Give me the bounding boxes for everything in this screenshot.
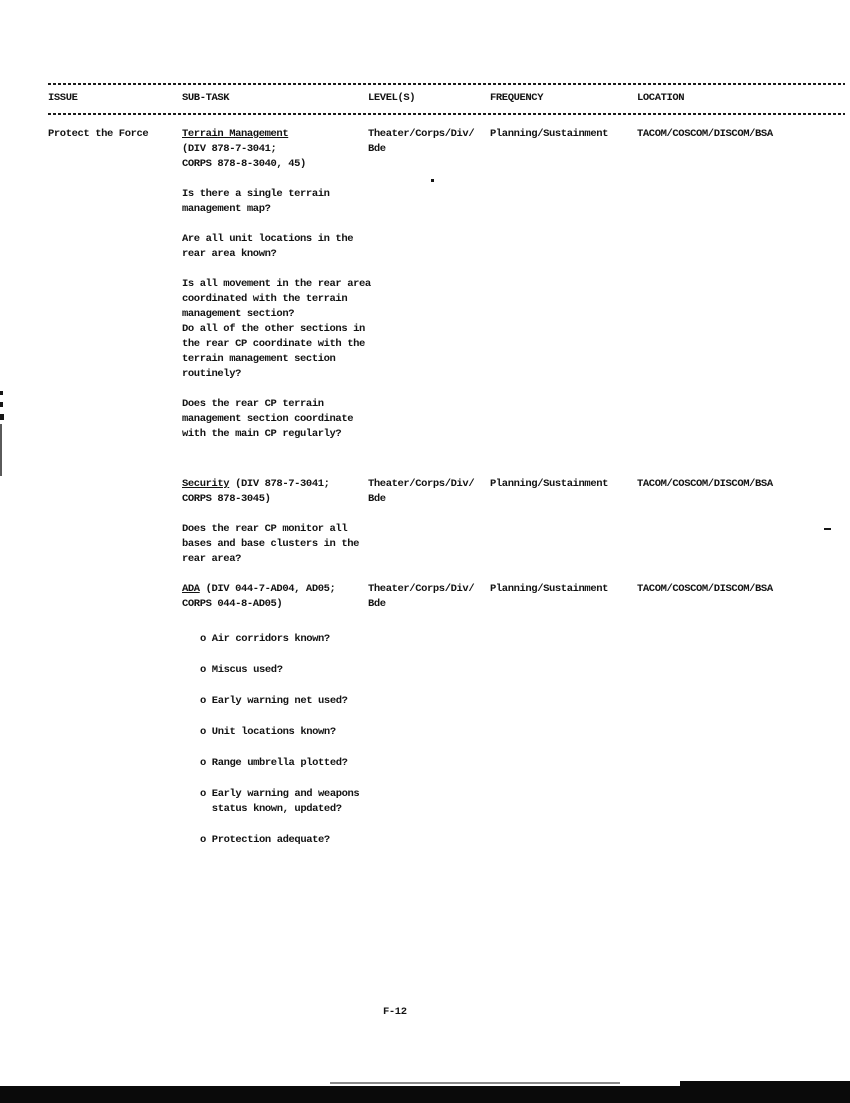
location-cell: TACOM/COSCOM/DISCOM/BSA xyxy=(637,477,845,492)
checklist-item: o Early warning and weapons status known… xyxy=(200,787,368,817)
scan-speck-dot xyxy=(431,179,434,182)
subtask-cell: Terrain Management (DIV 878-7-3041; CORP… xyxy=(182,127,368,457)
subtask-title: ADA xyxy=(182,583,200,595)
scan-bottom-bar-right xyxy=(680,1081,850,1103)
table-row-terrain-management: Protect the Force Terrain Management (DI… xyxy=(48,127,845,457)
scan-edge-tick xyxy=(0,391,3,395)
subtask-cell: ADA (DIV 044-7-AD04, AD05; CORPS 044-8-A… xyxy=(182,582,368,864)
scan-bar-smudge xyxy=(330,1082,620,1084)
subtask-title: Terrain Management xyxy=(182,128,288,140)
subtask-heading: ADA (DIV 044-7-AD04, AD05; xyxy=(182,582,368,597)
table-body: Protect the Force Terrain Management (DI… xyxy=(48,127,845,864)
levels-cell: Theater/Corps/Div/ Bde xyxy=(368,582,490,612)
column-header-location: LOCATION xyxy=(637,91,845,106)
subtask-title: Security xyxy=(182,478,229,490)
question-paragraph: Is there a single terrain management map… xyxy=(182,187,368,217)
page-number: F-12 xyxy=(383,1005,407,1020)
table-row-ada: ADA (DIV 044-7-AD04, AD05; CORPS 044-8-A… xyxy=(48,582,845,864)
subtask-heading-rest: (DIV 044-7-AD04, AD05; xyxy=(200,583,336,595)
checklist-item: o Miscus used? xyxy=(200,663,368,678)
question-paragraph: Does the rear CP terrain management sect… xyxy=(182,397,368,442)
scan-speck-dash xyxy=(824,528,831,530)
frequency-cell: Planning/Sustainment xyxy=(490,477,637,492)
checklist-item: o Range umbrella plotted? xyxy=(200,756,368,771)
subtask-heading-rest: (DIV 878-7-3041; xyxy=(229,478,329,490)
checklist-item: o Air corridors known? xyxy=(200,632,368,647)
levels-cell: Theater/Corps/Div/ Bde xyxy=(368,127,490,157)
location-cell: TACOM/COSCOM/DISCOM/BSA xyxy=(637,582,845,597)
levels-cell: Theater/Corps/Div/ Bde xyxy=(368,477,490,507)
scan-edge-tick xyxy=(0,402,3,407)
checklist-item: o Early warning net used? xyxy=(200,694,368,709)
location-cell: TACOM/COSCOM/DISCOM/BSA xyxy=(637,127,845,142)
subtask-heading: Terrain Management xyxy=(182,127,368,142)
subtask-heading: Security (DIV 878-7-3041; xyxy=(182,477,368,492)
question-paragraph: Does the rear CP monitor all bases and b… xyxy=(182,522,368,567)
column-header-subtask: SUB-TASK xyxy=(182,91,368,106)
subtask-reference: CORPS 878-3045) xyxy=(182,492,368,507)
subtask-reference: (DIV 878-7-3041; CORPS 878-8-3040, 45) xyxy=(182,142,368,172)
question-paragraph: Is all movement in the rear area coordin… xyxy=(182,277,368,382)
subtask-cell: Security (DIV 878-7-3041; CORPS 878-3045… xyxy=(182,477,368,582)
question-paragraph: Are all unit locations in the rear area … xyxy=(182,232,368,262)
table-row-security: Security (DIV 878-7-3041; CORPS 878-3045… xyxy=(48,477,845,582)
checklist-item: o Protection adequate? xyxy=(200,833,368,848)
checklist: o Air corridors known? o Miscus used? o … xyxy=(182,632,368,848)
column-header-issue: ISSUE xyxy=(48,91,182,106)
header-rule-bottom xyxy=(48,113,845,115)
document-content: ISSUE SUB-TASK LEVEL(S) FREQUENCY LOCATI… xyxy=(0,0,850,864)
scan-edge-line xyxy=(0,424,2,476)
header-rule-top xyxy=(48,83,845,85)
column-header-levels: LEVEL(S) xyxy=(368,91,490,106)
scanned-document-page: ISSUE SUB-TASK LEVEL(S) FREQUENCY LOCATI… xyxy=(0,0,850,1103)
issue-cell: Protect the Force xyxy=(48,127,182,142)
column-header-frequency: FREQUENCY xyxy=(490,91,637,106)
checklist-item: o Unit locations known? xyxy=(200,725,368,740)
frequency-cell: Planning/Sustainment xyxy=(490,582,637,597)
table-header-row: ISSUE SUB-TASK LEVEL(S) FREQUENCY LOCATI… xyxy=(48,91,845,106)
frequency-cell: Planning/Sustainment xyxy=(490,127,637,142)
scan-edge-tick xyxy=(0,414,4,420)
subtask-reference: CORPS 044-8-AD05) xyxy=(182,597,368,612)
